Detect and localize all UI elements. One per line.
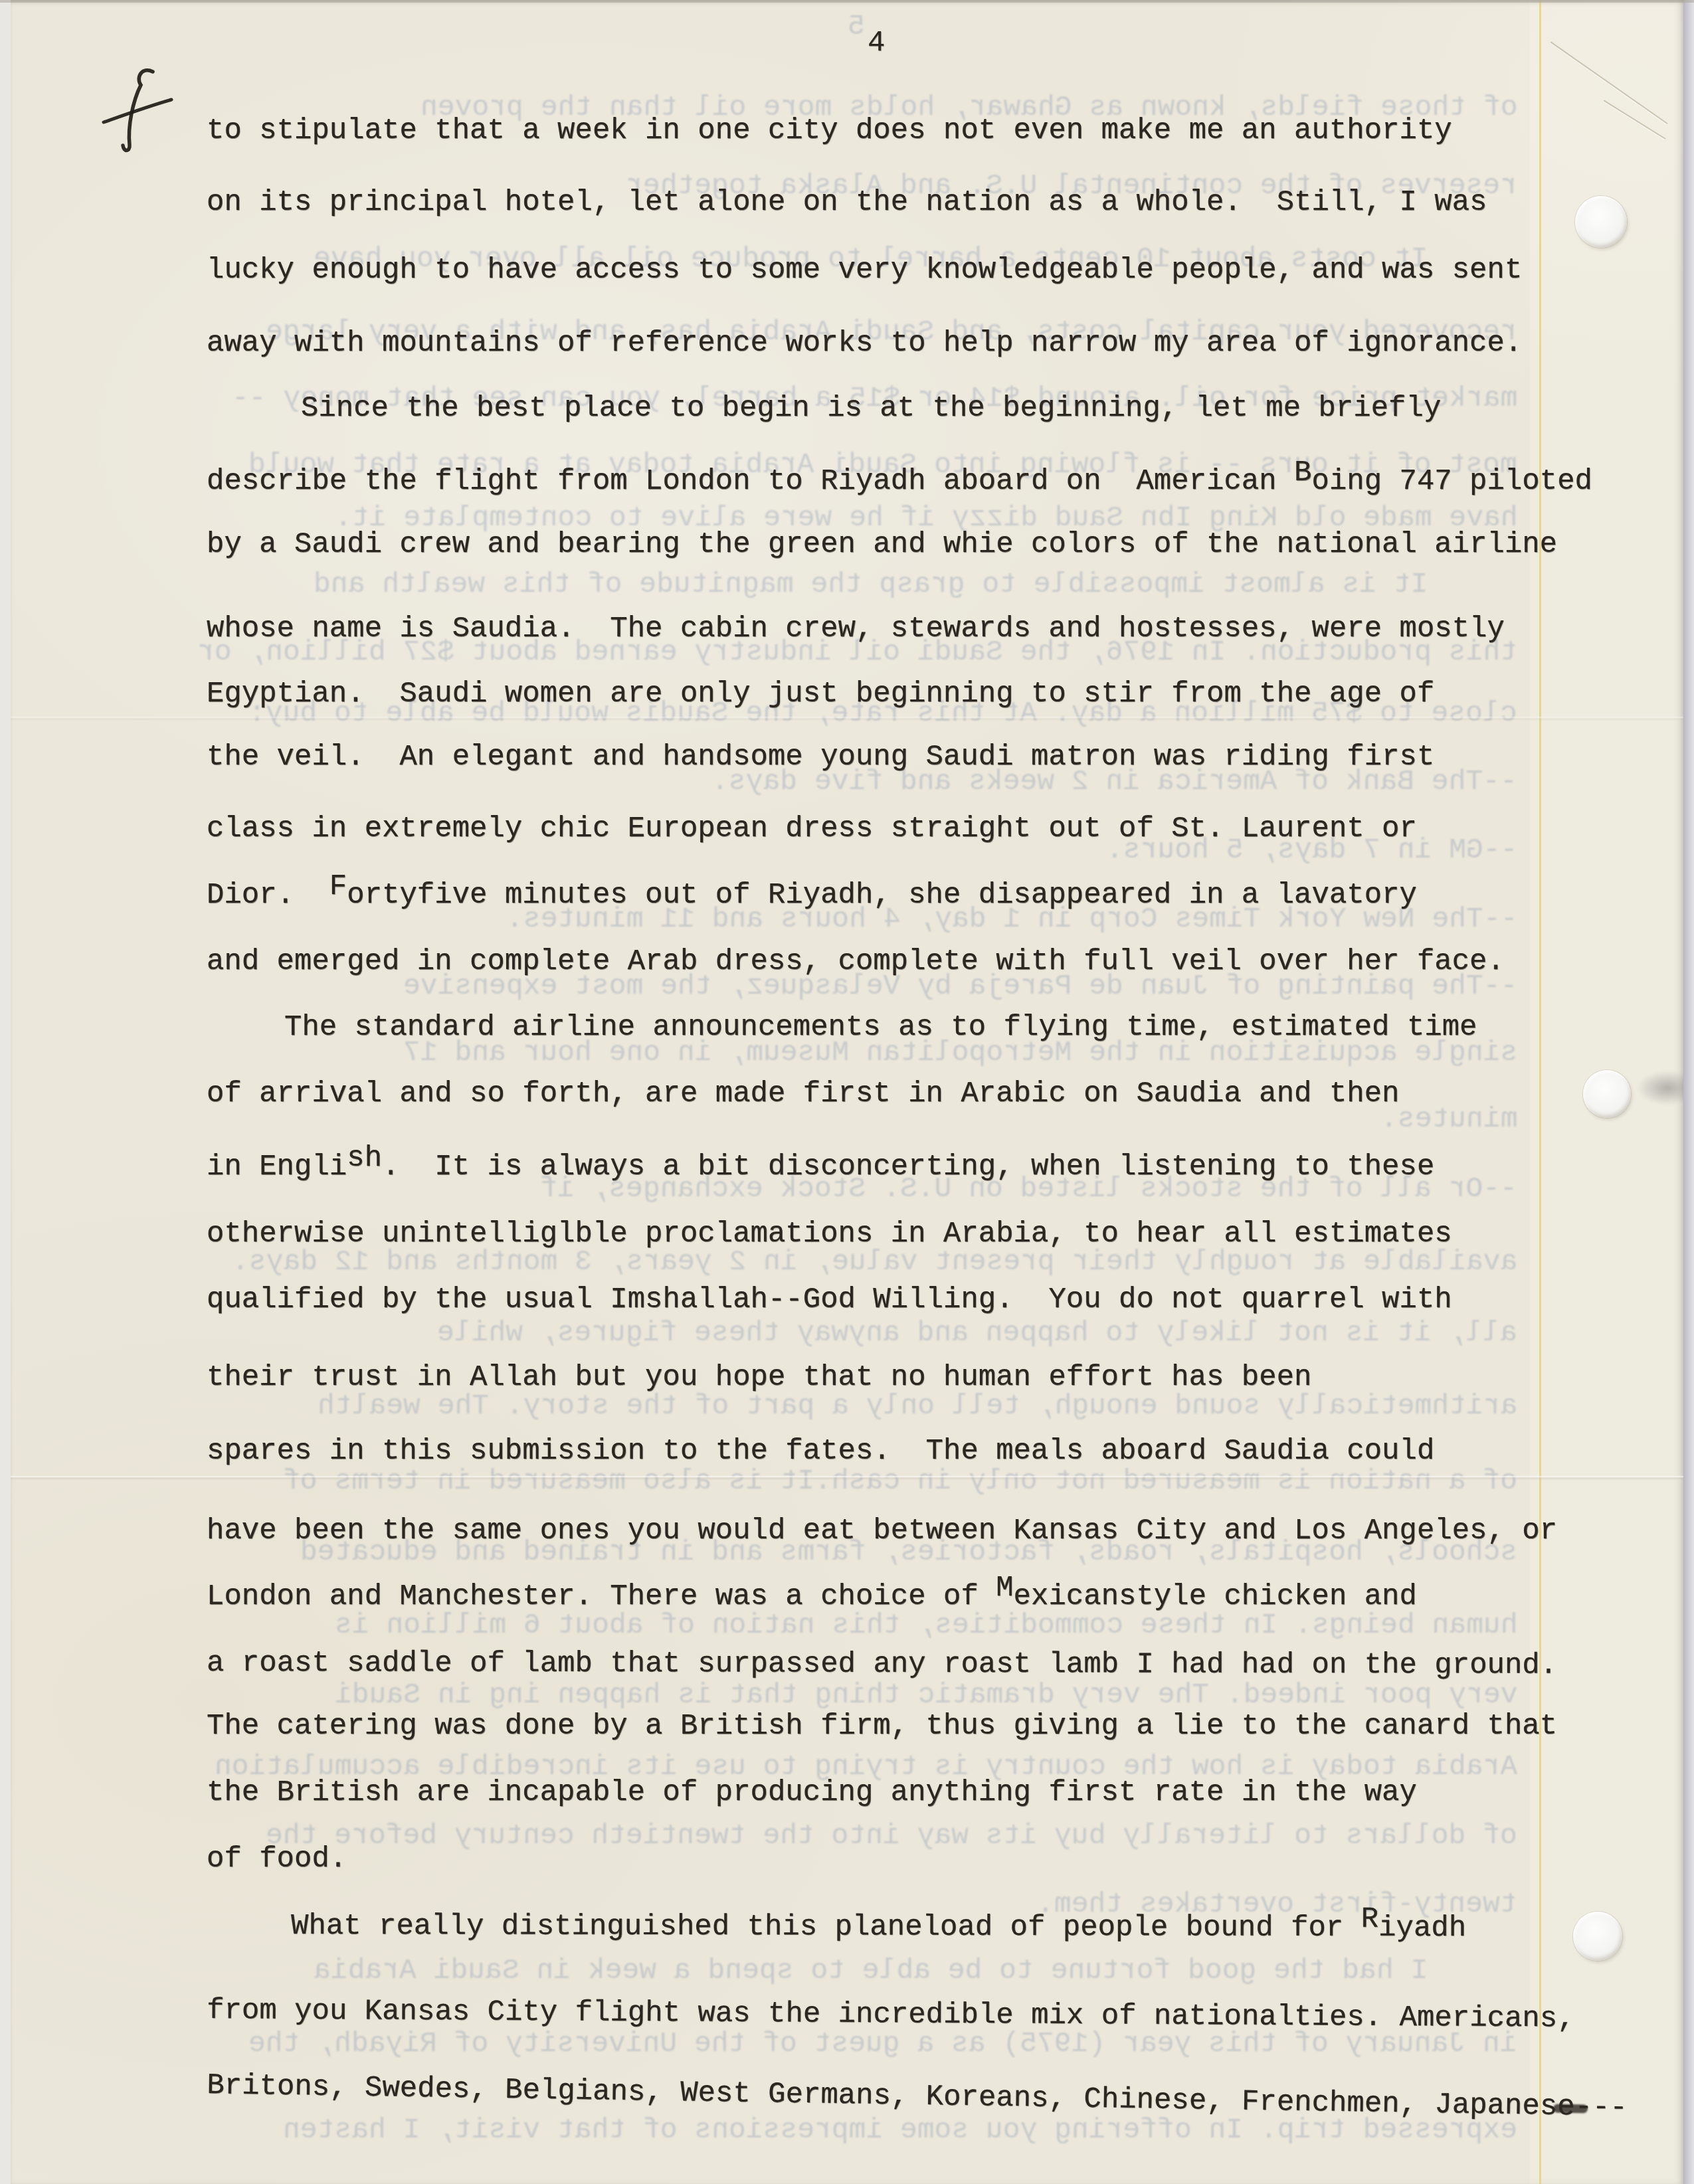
typed-line: spares in this submission to the fates. … (207, 1437, 1434, 1466)
scan-edge-top (0, 0, 1694, 3)
bleedthrough-line: very poor indeed. The very dramatic thin… (335, 1681, 1518, 1709)
typed-line: class in extremely chic European dress s… (207, 814, 1417, 844)
raised-character: R (1361, 1903, 1378, 1936)
raised-character: F (329, 870, 347, 903)
typed-line: otherwise unintelliglble proclamations i… (207, 1220, 1452, 1249)
ink-smear (1553, 2104, 1588, 2114)
typed-line: their trust in Allah but you hope that n… (207, 1363, 1311, 1392)
raised-character: M (996, 1572, 1013, 1605)
typed-line: of food. (207, 1845, 347, 1874)
raised-character: sh (347, 1142, 382, 1175)
corner-crease (1603, 100, 1665, 139)
fold-crease (11, 1476, 1683, 1480)
bleedthrough-line: I had the good fortune to be able to spe… (314, 1956, 1428, 1985)
bleedthrough-line: available at roughly their present value… (232, 1247, 1517, 1276)
punch-hole (1583, 1070, 1631, 1118)
typed-line: London and Manchester. There was a choic… (207, 1582, 1417, 1611)
typed-line: by a Saudi crew and bearing the green an… (207, 530, 1557, 559)
scanned-document: { "document": { "kind": "typewritten man… (0, 0, 1694, 2184)
bleedthrough-line: of a nation is measured not only in cash… (283, 1467, 1517, 1495)
typed-line: in English. It is always a bit disconcer… (207, 1152, 1434, 1182)
handwritten-check-mark (89, 61, 202, 174)
corner-crease (1550, 41, 1667, 124)
typed-line: the British are incapable of producing a… (207, 1778, 1417, 1807)
typed-line: the veil. An elegant and handsome young … (207, 743, 1434, 772)
typed-line: lucky enough to have access to some very… (207, 256, 1522, 285)
typed-line: What really distinguished this planeload… (291, 1912, 1466, 1943)
bleedthrough-line: of dollars to literally buy its way into… (266, 1821, 1517, 1850)
page-number: 4 (868, 27, 885, 60)
typed-line: Since the best place to begin is at the … (301, 394, 1441, 423)
typed-line: Egyptian. Saudi women are only just begi… (207, 680, 1434, 709)
typed-line: The standard airline announcements as to… (284, 1013, 1477, 1042)
bleedthrough-line: all, it is not likely to happen and anyw… (437, 1319, 1517, 1347)
bleedthrough-line: It is almost impossible to grasp the mag… (314, 570, 1428, 598)
typed-line: a roast saddle of lamb that surpassed an… (207, 1649, 1557, 1681)
typed-line: of arrival and so forth, are made first … (207, 1079, 1400, 1109)
typed-line: to stipulate that a week in one city doe… (207, 116, 1452, 145)
typed-line: on its principal hotel, let alone on the… (207, 188, 1487, 217)
punch-hole (1575, 196, 1627, 248)
typed-line: away with mountains of reference works t… (207, 329, 1522, 358)
scan-edge-right (1683, 0, 1694, 2184)
typed-line: have been the same ones you would eat be… (207, 1516, 1557, 1546)
yellow-vertical-rule (1539, 0, 1541, 2184)
typed-line: qualified by the usual Imshallah--God Wi… (207, 1285, 1452, 1315)
raised-character: B (1294, 456, 1311, 490)
bleedthrough-line: human beings. In these commodities, this… (335, 1611, 1518, 1639)
paper-sheet: 4 5of those fields, known as Ghawar, hol… (11, 0, 1683, 2184)
typed-line: and emerged in complete Arab dress, comp… (207, 947, 1505, 976)
bleedthrough-line: minutes. (1380, 1105, 1517, 1133)
punch-hole (1573, 1912, 1622, 1961)
typed-line: describe the flight from London to Riyad… (207, 467, 1592, 496)
fold-crease (11, 717, 1683, 721)
bleedthrough-line: arithmetically sound enough, tell only a… (318, 1392, 1517, 1420)
typed-line: Dior. Fortyfive minutes out of Riyadh, s… (207, 881, 1417, 910)
bleedthrough-line: 5 (848, 12, 865, 41)
typed-line: from you Kansas City flight was the incr… (207, 1996, 1575, 2034)
typed-line: whose name is Saudia. The cabin crew, st… (207, 614, 1505, 644)
typed-line: The catering was done by a British firm,… (207, 1712, 1557, 1741)
